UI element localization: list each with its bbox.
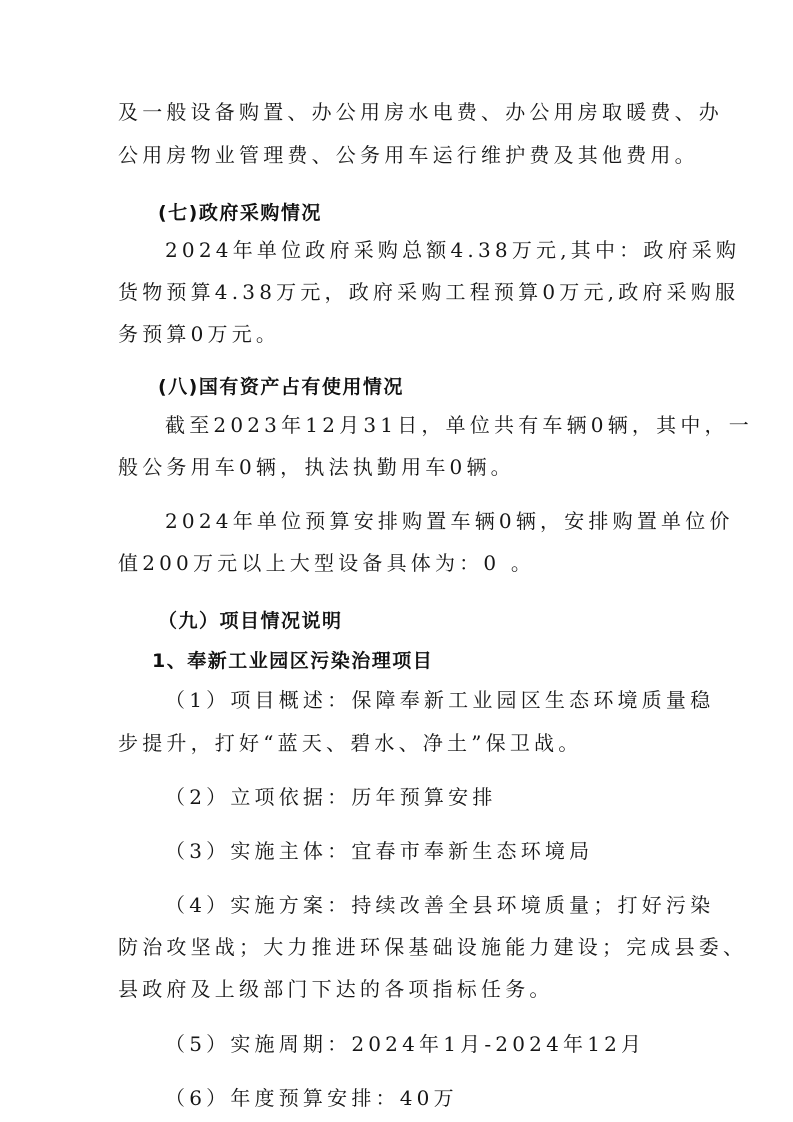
- project-item-line: （1）项目概述：保障奉新工业园区生态环境质量稳: [165, 686, 725, 714]
- body-text-line: 2024年单位预算安排购置车辆0辆，安排购置单位价: [165, 507, 725, 535]
- project-item-line: 防治攻坚战；大力推进环保基础设施能力建设；完成县委、: [118, 933, 678, 961]
- body-text-line: 般公务用车0辆，执法执勤用车0辆。: [118, 453, 678, 481]
- project-item-line: （3）实施主体：宜春市奉新生态环境局: [165, 837, 725, 865]
- project-item-line: （2）立项依据：历年预算安排: [165, 783, 725, 811]
- section-heading-state-assets: (八)国有资产占有使用情况: [158, 373, 718, 401]
- body-text-line: 值200万元以上大型设备具体为：0 。: [118, 549, 678, 577]
- body-text-line: 货物预算4.38万元，政府采购工程预算0万元,政府采购服: [118, 278, 678, 306]
- body-text-line: 截至2023年12月31日，单位共有车辆0辆，其中，一: [165, 411, 725, 439]
- project-item-line: 县政府及上级部门下达的各项指标任务。: [118, 975, 678, 1003]
- section-heading-project-description: （九）项目情况说明: [158, 607, 718, 635]
- project-item-line: （4）实施方案：持续改善全县环境质量；打好污染: [165, 891, 725, 919]
- project-item-line: （5）实施周期：2024年1月-2024年12月: [165, 1030, 725, 1058]
- document-page: 及一般设备购置、办公用房水电费、办公用房取暖费、办 公用房物业管理费、公务用车运…: [0, 0, 793, 1122]
- body-text-line: 及一般设备购置、办公用房水电费、办公用房取暖费、办: [118, 98, 678, 126]
- section-heading-government-procurement: (七)政府采购情况: [158, 199, 718, 227]
- body-text-line: 2024年单位政府采购总额4.38万元,其中：政府采购: [165, 236, 725, 264]
- body-text-line: 务预算0万元。: [118, 320, 678, 348]
- project-item-line: 步提升，打好“蓝天、碧水、净土”保卫战。: [118, 729, 678, 757]
- project-title: 1、奉新工业园区污染治理项目: [152, 647, 712, 675]
- project-item-line: （6）年度预算安排：40万: [165, 1084, 725, 1112]
- body-text-line: 公用房物业管理费、公务用车运行维护费及其他费用。: [118, 141, 678, 169]
